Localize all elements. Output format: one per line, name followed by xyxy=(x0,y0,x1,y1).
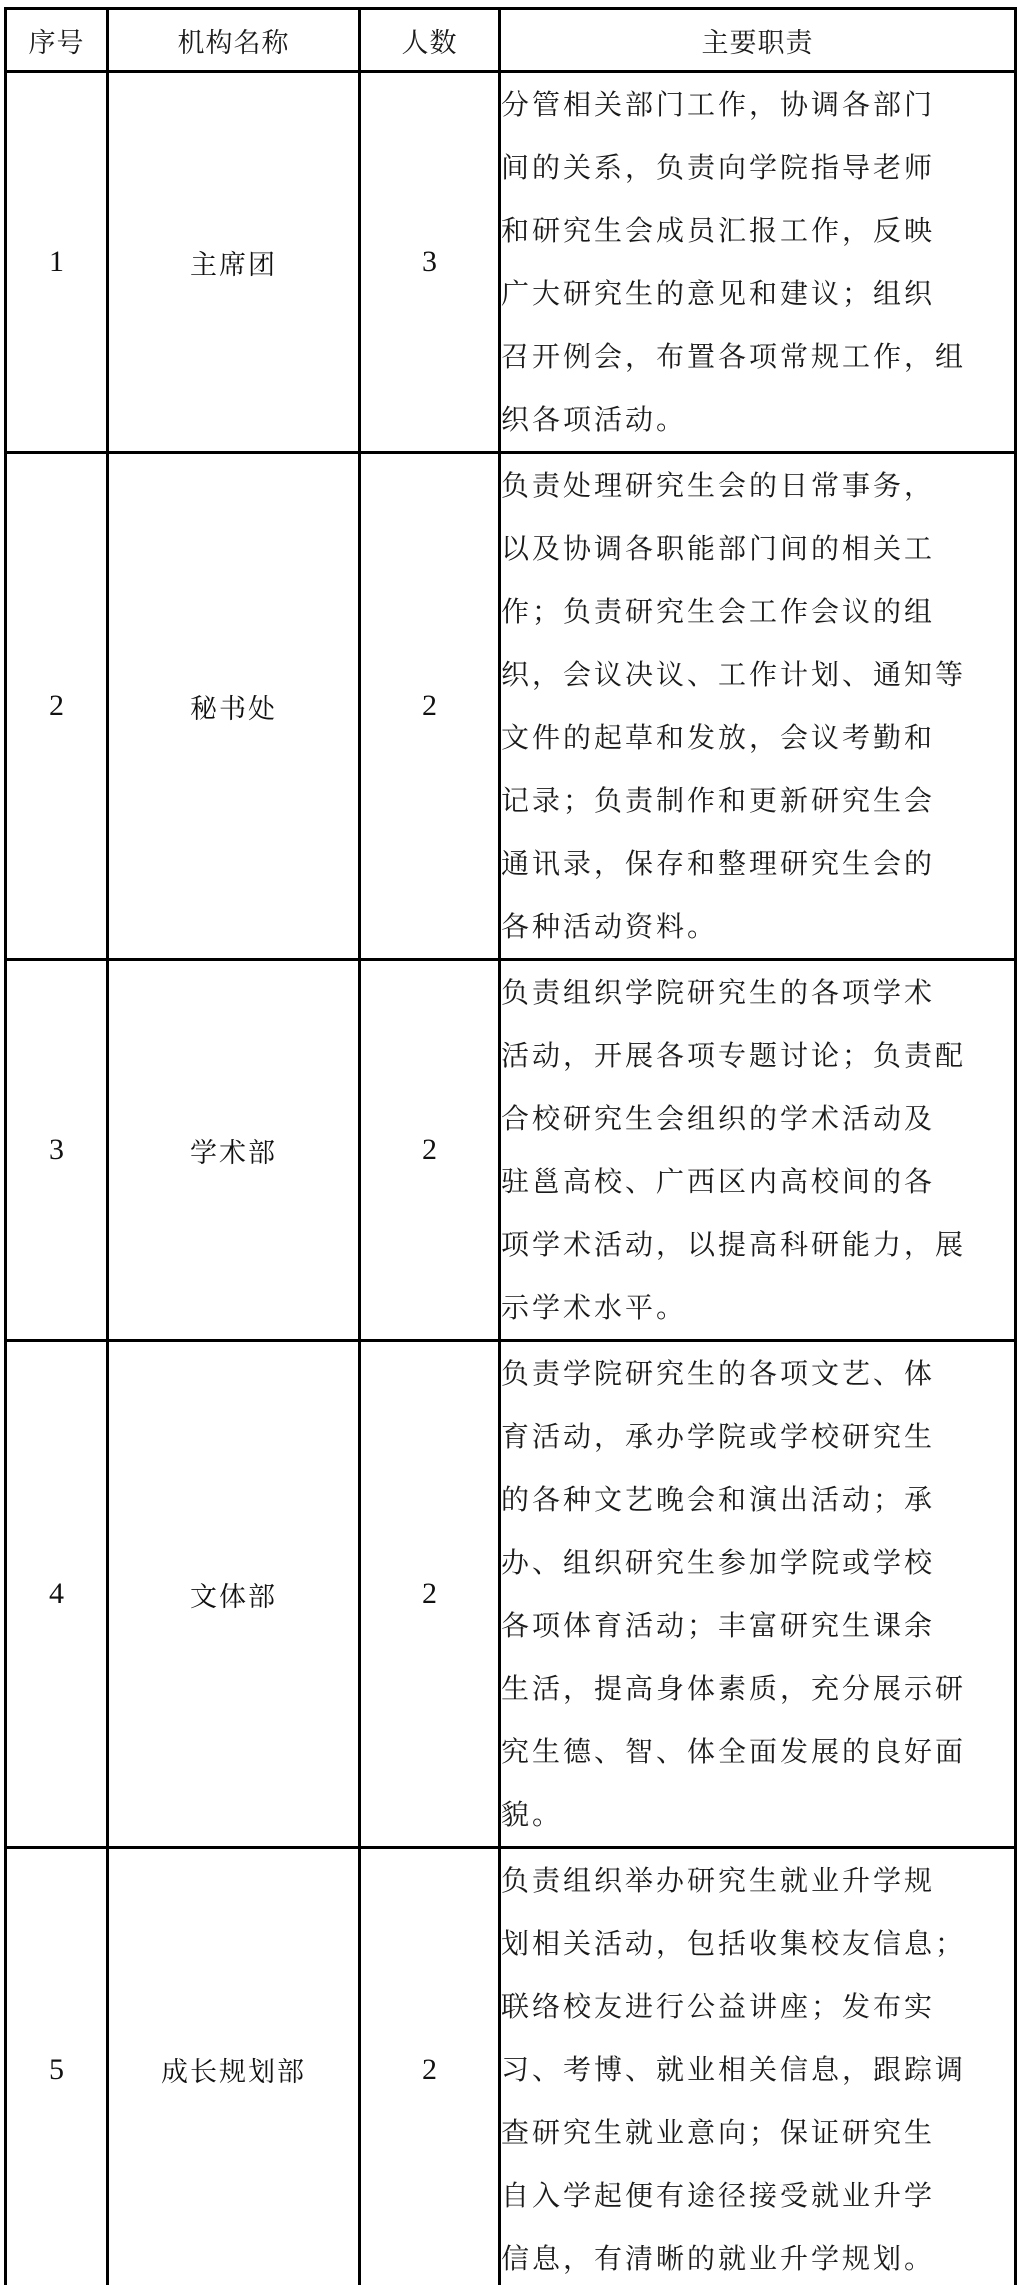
row-index: 3 xyxy=(6,960,108,1341)
row-count: 2 xyxy=(360,960,500,1341)
table-row: 1 主席团 3 分管相关部门工作，协调各部门 间的关系，负责向学院指导老师 和研… xyxy=(6,72,1016,453)
duty-line: 活动，开展各项专题讨论；负责配 xyxy=(501,1024,1014,1087)
row-count: 2 xyxy=(360,1341,500,1848)
duty-line: 示学术水平。 xyxy=(501,1276,1014,1339)
duty-line: 作；负责研究生会工作会议的组 xyxy=(501,580,1014,643)
table-header-row: 序号 机构名称 人数 主要职责 xyxy=(6,9,1016,72)
table-row: 4 文体部 2 负责学院研究生的各项文艺、体 育活动，承办学院或学校研究生 的各… xyxy=(6,1341,1016,1848)
duty-line: 查研究生就业意向；保证研究生 xyxy=(501,2101,1014,2164)
duty-line: 负责学院研究生的各项文艺、体 xyxy=(501,1342,1014,1405)
duty-line: 究生德、智、体全面发展的良好面 xyxy=(501,1720,1014,1783)
header-count: 人数 xyxy=(360,9,500,72)
row-duties: 负责学院研究生的各项文艺、体 育活动，承办学院或学校研究生 的各种文艺晚会和演出… xyxy=(500,1341,1016,1848)
duty-line: 办、组织研究生参加学院或学校 xyxy=(501,1531,1014,1594)
duty-line: 自入学起便有途径接受就业升学 xyxy=(501,2164,1014,2227)
row-duties: 分管相关部门工作，协调各部门 间的关系，负责向学院指导老师 和研究生会成员汇报工… xyxy=(500,72,1016,453)
duty-line: 广大研究生的意见和建议；组织 xyxy=(501,262,1014,325)
duty-line: 负责组织学院研究生的各项学术 xyxy=(501,961,1014,1024)
duty-line: 生活，提高身体素质，充分展示研 xyxy=(501,1657,1014,1720)
duty-line: 负责组织举办研究生就业升学规 xyxy=(501,1849,1014,1912)
duty-line: 信息，有清晰的就业升学规划。 xyxy=(501,2227,1014,2285)
duty-line: 召开例会，布置各项常规工作，组 xyxy=(501,325,1014,388)
duty-line: 貌。 xyxy=(501,1783,1014,1846)
organization-table: 序号 机构名称 人数 主要职责 1 主席团 3 分管相关部门工作，协调各部门 间… xyxy=(4,7,1017,2285)
duty-line: 项学术活动，以提高科研能力，展 xyxy=(501,1213,1014,1276)
duty-line: 合校研究生会组织的学术活动及 xyxy=(501,1087,1014,1150)
duty-line: 以及协调各职能部门间的相关工 xyxy=(501,517,1014,580)
duty-line: 习、考博、就业相关信息，跟踪调 xyxy=(501,2038,1014,2101)
header-duties: 主要职责 xyxy=(500,9,1016,72)
duty-line: 负责处理研究生会的日常事务， xyxy=(501,454,1014,517)
table-row: 3 学术部 2 负责组织学院研究生的各项学术 活动，开展各项专题讨论；负责配 合… xyxy=(6,960,1016,1341)
table-row: 2 秘书处 2 负责处理研究生会的日常事务， 以及协调各职能部门间的相关工 作；… xyxy=(6,453,1016,960)
row-count: 2 xyxy=(360,1848,500,2285)
duty-line: 的各种文艺晚会和演出活动；承 xyxy=(501,1468,1014,1531)
row-duties: 负责组织举办研究生就业升学规 划相关活动，包括收集校友信息； 联络校友进行公益讲… xyxy=(500,1848,1016,2285)
table-row: 5 成长规划部 2 负责组织举办研究生就业升学规 划相关活动，包括收集校友信息；… xyxy=(6,1848,1016,2285)
header-index: 序号 xyxy=(6,9,108,72)
row-count: 3 xyxy=(360,72,500,453)
row-org-name: 学术部 xyxy=(108,960,360,1341)
duty-line: 划相关活动，包括收集校友信息； xyxy=(501,1912,1014,1975)
row-org-name: 主席团 xyxy=(108,72,360,453)
row-org-name: 成长规划部 xyxy=(108,1848,360,2285)
duty-line: 各种活动资料。 xyxy=(501,895,1014,958)
duty-line: 联络校友进行公益讲座；发布实 xyxy=(501,1975,1014,2038)
row-duties: 负责处理研究生会的日常事务， 以及协调各职能部门间的相关工 作；负责研究生会工作… xyxy=(500,453,1016,960)
duty-line: 分管相关部门工作，协调各部门 xyxy=(501,73,1014,136)
duty-line: 育活动，承办学院或学校研究生 xyxy=(501,1405,1014,1468)
duty-line: 织各项活动。 xyxy=(501,388,1014,451)
duty-line: 文件的起草和发放，会议考勤和 xyxy=(501,706,1014,769)
duty-line: 各项体育活动；丰富研究生课余 xyxy=(501,1594,1014,1657)
row-org-name: 文体部 xyxy=(108,1341,360,1848)
duty-line: 和研究生会成员汇报工作，反映 xyxy=(501,199,1014,262)
row-index: 1 xyxy=(6,72,108,453)
duty-line: 记录；负责制作和更新研究生会 xyxy=(501,769,1014,832)
header-org-name: 机构名称 xyxy=(108,9,360,72)
row-org-name: 秘书处 xyxy=(108,453,360,960)
duty-line: 通讯录，保存和整理研究生会的 xyxy=(501,832,1014,895)
row-index: 2 xyxy=(6,453,108,960)
row-count: 2 xyxy=(360,453,500,960)
row-index: 5 xyxy=(6,1848,108,2285)
duty-line: 织，会议决议、工作计划、通知等 xyxy=(501,643,1014,706)
duty-line: 驻邕高校、广西区内高校间的各 xyxy=(501,1150,1014,1213)
row-duties: 负责组织学院研究生的各项学术 活动，开展各项专题讨论；负责配 合校研究生会组织的… xyxy=(500,960,1016,1341)
duty-line: 间的关系，负责向学院指导老师 xyxy=(501,136,1014,199)
row-index: 4 xyxy=(6,1341,108,1848)
